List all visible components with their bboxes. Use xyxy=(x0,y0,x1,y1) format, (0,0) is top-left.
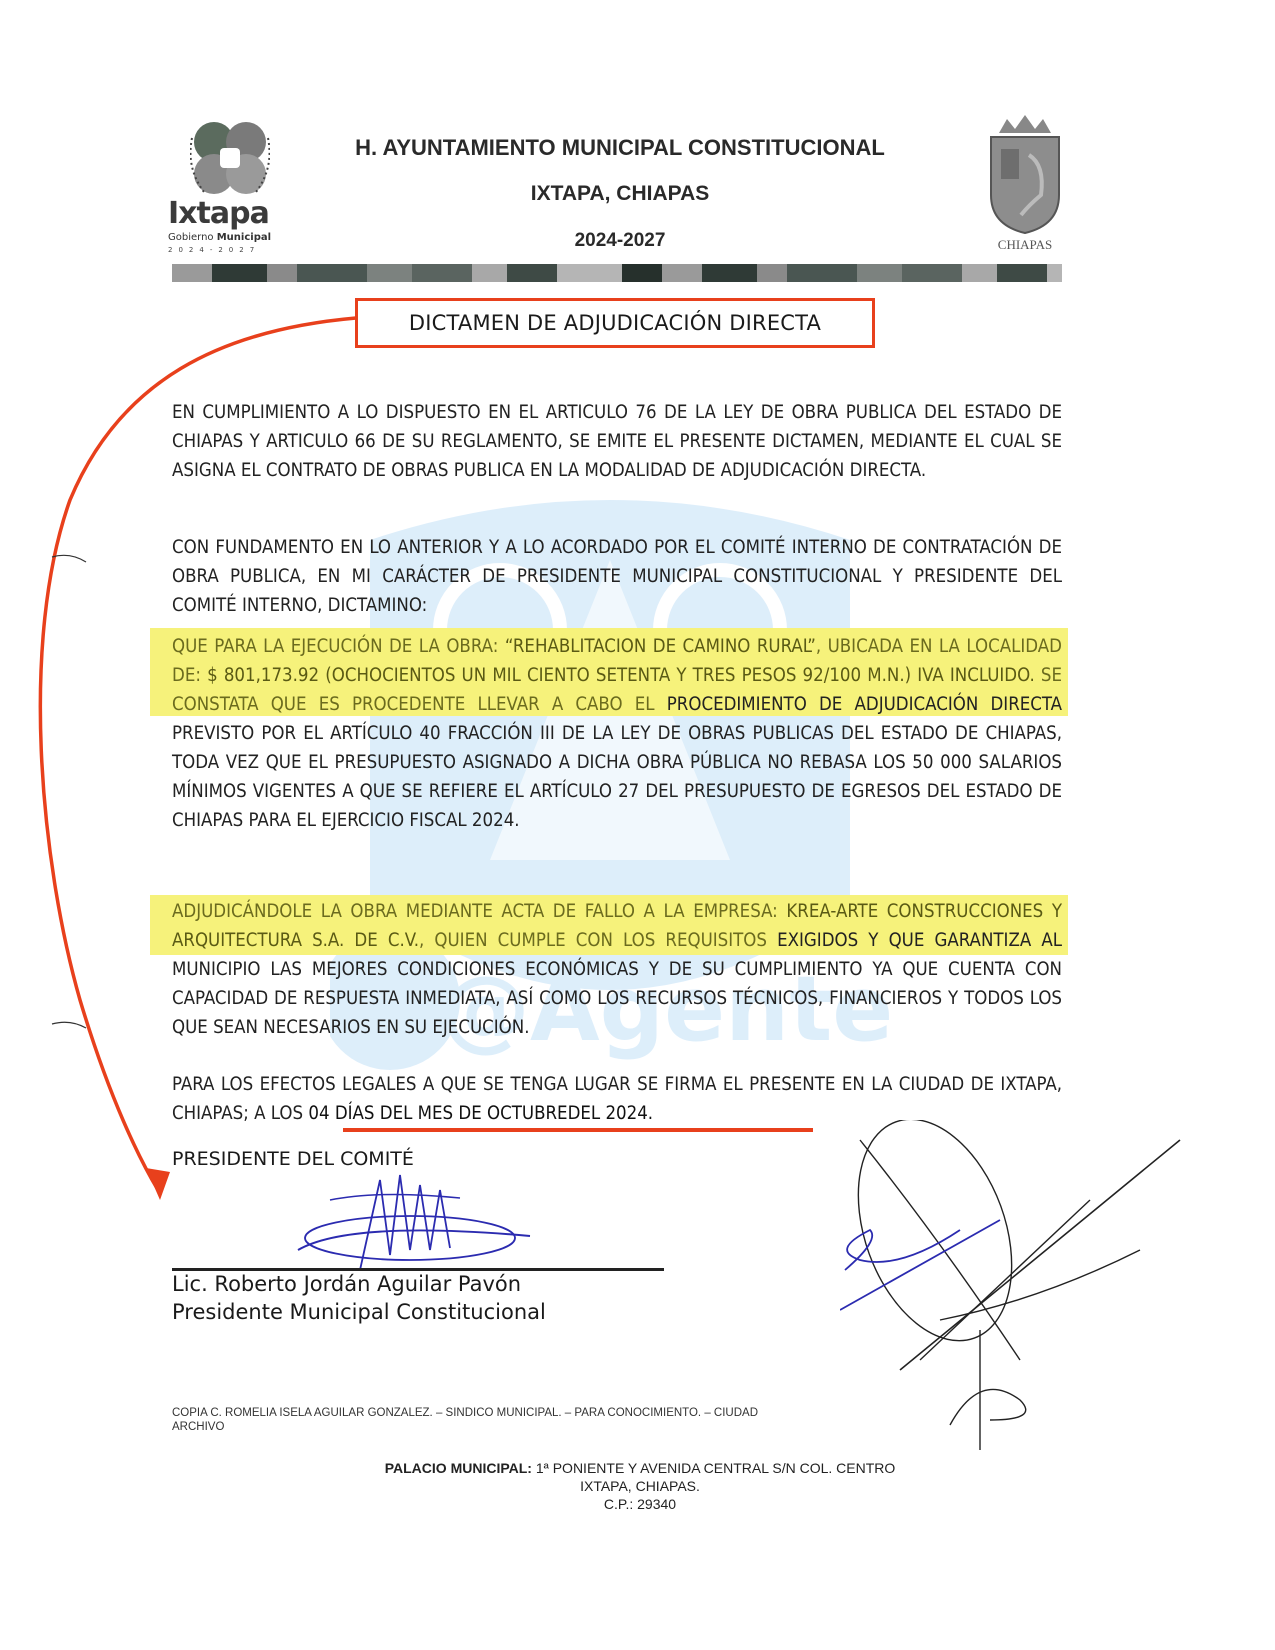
work-name: “REHABLITACION DE CAMINO RURAL” xyxy=(505,636,816,657)
signer-name: Lic. Roberto Jordán Aguilar Pavón xyxy=(172,1272,521,1296)
award-requirements-intro: , QUIEN CUMPLE CON LOS REQUISITOS xyxy=(419,930,767,951)
date-underline-annotation xyxy=(343,1128,813,1132)
award-intro: ADJUDICÁNDOLE LA OBRA MEDIANTE ACTA DE F… xyxy=(172,901,786,922)
footer-address: 1ª PONIENTE Y AVENIDA CENTRAL S/N COL. C… xyxy=(532,1460,895,1476)
paragraph-legal-basis: EN CUMPLIMIENTO A LO DISPUESTO EN EL ART… xyxy=(172,398,1062,485)
footer-city: IXTAPA, CHIAPAS. xyxy=(250,1478,1030,1494)
signer-position: Presidente Municipal Constitucional xyxy=(172,1300,546,1324)
document-title: DICTAMEN DE ADJUDICACIÓN DIRECTA xyxy=(355,298,875,348)
second-signature xyxy=(840,1120,1190,1450)
paragraph-work-assignment: QUE PARA LA EJECUCIÓN DE LA OBRA: “REHAB… xyxy=(172,632,1062,835)
contract-amount: $ 801,173.92 (OCHOCIENTOS UN MIL CIENTO … xyxy=(207,665,1035,686)
footer-label: PALACIO MUNICIPAL: xyxy=(385,1460,532,1476)
footer-postal-code: C.P.: 29340 xyxy=(250,1496,1030,1512)
copy-note-line-1: COPIA C. ROMELIA ISELA AGUILAR GONZALEZ.… xyxy=(172,1406,892,1420)
paragraph-award: ADJUDICÁNDOLE LA OBRA MEDIANTE ACTA DE F… xyxy=(172,897,1062,1042)
signature-line xyxy=(172,1268,664,1271)
president-signature xyxy=(290,1160,550,1280)
copy-note-line-2: ARCHIVO xyxy=(172,1420,892,1434)
copy-note: COPIA C. ROMELIA ISELA AGUILAR GONZALEZ.… xyxy=(172,1406,892,1434)
paragraph-committee: CON FUNDAMENTO EN LO ANTERIOR Y A LO ACO… xyxy=(172,533,1062,620)
footer-address-line: PALACIO MUNICIPAL: 1ª PONIENTE Y AVENIDA… xyxy=(250,1460,1030,1476)
signing-date: 04 DÍAS DEL MES DE OCTUBREDEL 2024. xyxy=(308,1103,653,1124)
work-intro: QUE PARA LA EJECUCIÓN DE LA OBRA: xyxy=(172,636,505,657)
